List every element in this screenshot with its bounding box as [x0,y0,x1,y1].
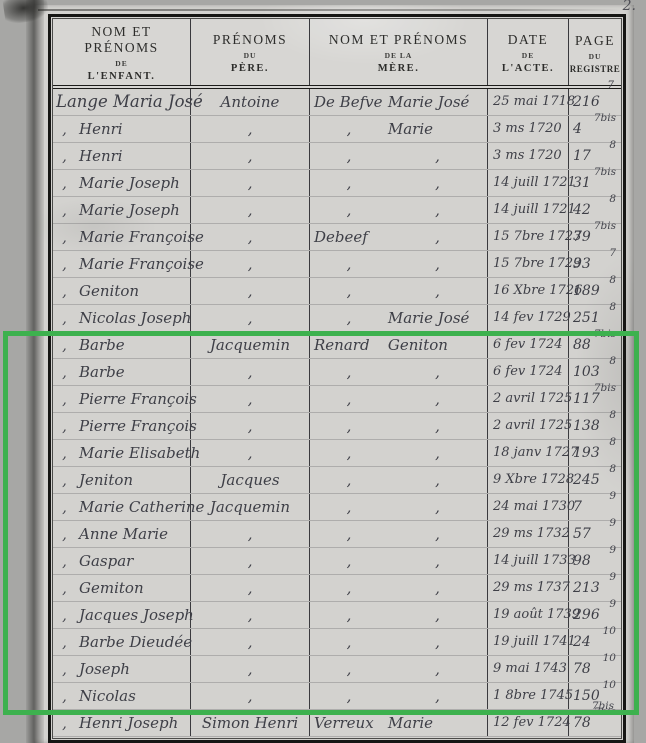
page-number: 193 [573,445,600,461]
father-name: ‚ [248,363,253,381]
mother-surname: Renard [310,332,388,358]
child-name: Marie Catherine [79,498,204,516]
table-row: ‚ Henri ‚ ‚ Marie 3 ms 1720 4 8 [53,116,621,143]
header-line: PRÉNOMS [213,32,287,48]
act-date: 2 avril 1725 [493,391,572,406]
act-date: 9 mai 1743 [493,661,567,676]
father-name: ‚ [248,417,253,435]
mother-forename: Geniton [388,332,487,358]
father-name: ‚ [248,201,253,219]
child-name-cell: ‚ Henri [53,143,191,169]
mother-surname: ‚ [310,629,388,655]
book-binding-shadow [26,0,44,743]
mother-surname: ‚ [310,467,388,493]
register-number-below: 7bis [594,167,616,178]
child-name-cell: ‚ Henri Joseph [53,710,191,736]
mother-forename: ‚ [388,143,487,169]
act-date-cell: 3 ms 1720 [488,143,569,169]
father-name: Jacquemin [210,336,290,354]
mother-name-cell: ‚ ‚ [310,386,488,412]
mother-forename: Marie [388,116,487,142]
act-date: 19 août 1739 [493,607,580,622]
father-name: Jacques [220,471,279,489]
mother-name-cell: ‚ ‚ [310,575,488,601]
mother-forename: ‚ [388,278,487,304]
mother-forename: Marie José [388,89,487,115]
act-date-cell: 12 fev 1724 [488,710,569,736]
ditto-mark: ‚ [62,683,67,709]
ditto-mark: ‚ [62,656,67,682]
child-name: Marie Joseph [79,201,180,219]
mother-surname: ‚ [310,656,388,682]
act-date-cell: 14 juill 1733 [488,548,569,574]
child-name: Jacques Joseph [79,606,194,624]
table-row: ‚ Anne Marie ‚ ‚ ‚ 29 ms 1732 57 9 [53,521,621,548]
child-name-cell: ‚ Marie Joseph [53,197,191,223]
register-number-above: 7bis [592,701,614,712]
father-name-cell: ‚ [191,656,310,682]
child-name-cell: ‚ Gemiton [53,575,191,601]
father-name: ‚ [248,390,253,408]
mother-surname: ‚ [310,170,388,196]
table-row: ‚ Marie Joseph ‚ ‚ ‚ 14 juill 1721 31 8 [53,170,621,197]
child-name-cell: ‚ Barbe [53,332,191,358]
act-date: 6 fev 1724 [493,364,562,379]
mother-forename: ‚ [388,521,487,547]
act-date-cell: 16 Xbre 1726 [488,278,569,304]
ditto-mark: ‚ [62,710,67,736]
mother-forename: ‚ [388,413,487,439]
table-row: ‚ Marie Elisabeth ‚ ‚ ‚ 18 janv 1727 193… [53,440,621,467]
father-name-cell: ‚ [191,224,310,250]
page-number: 7 [573,499,582,515]
father-name: ‚ [248,660,253,678]
father-name: Simon Henri [202,714,298,732]
page-corner-note: 2. [623,0,636,14]
register-number-below: 8 [609,302,616,313]
child-name: Henri [79,120,123,138]
father-name-cell: Simon Henri [191,710,310,736]
page-number: 24 [573,634,591,650]
child-name: Marie Françoise [79,228,204,246]
child-name: Henri Joseph [79,714,178,732]
child-name: Marie Elisabeth [79,444,200,462]
father-name-cell: ‚ [191,305,310,331]
ditto-mark: ‚ [62,494,67,520]
table-header-row: NOM ET PRÉNOMS DE L'ENFANT. PRÉNOMS DU P… [53,19,621,89]
child-name: Pierre François [79,417,197,435]
father-name: Antoine [221,93,280,111]
register-number-below: 7bis [594,113,616,124]
act-date: 29 ms 1737 [493,580,570,595]
mother-name-cell: ‚ ‚ [310,251,488,277]
table-row: ‚ Marie Françoise ‚ Debeef ‚ 15 7bre 172… [53,224,621,251]
page-number: 93 [573,256,591,272]
act-date: 14 fev 1729 [493,310,571,325]
child-name-cell: ‚ Anne Marie [53,521,191,547]
act-date: 29 ms 1732 [493,526,570,541]
child-name: Pierre François [79,390,197,408]
mother-name-cell: Renard Geniton [310,332,488,358]
header-line: NOM ET PRÉNOMS [329,32,468,48]
child-name-cell: ‚ Marie Françoise [53,224,191,250]
child-name-cell: ‚ Nicolas [53,683,191,709]
father-name-cell: ‚ [191,602,310,628]
child-name: Jeniton [79,471,133,489]
act-date-cell: 19 juill 1741 [488,629,569,655]
mother-name-cell: ‚ ‚ [310,683,488,709]
page-number: 245 [573,472,600,488]
column-header-child: NOM ET PRÉNOMS DE L'ENFANT. [53,19,191,85]
table-row: ‚ Barbe Dieudée ‚ ‚ ‚ 19 juill 1741 24 1… [53,629,621,656]
page-number: 57 [573,526,591,542]
mother-forename: Marie José [388,305,487,331]
mother-forename: ‚ [388,575,487,601]
header-line: DU [589,52,602,61]
header-line: DATE [508,32,549,48]
mother-forename: ‚ [388,359,487,385]
table-row: ‚ Pierre François ‚ ‚ ‚ 2 avril 1725 138… [53,413,621,440]
father-name-cell: ‚ [191,629,310,655]
mother-forename: ‚ [388,170,487,196]
father-name: ‚ [248,282,253,300]
page-number: 103 [573,364,600,380]
act-date: 9 Xbre 1728 [493,472,574,487]
page-number: 78 [573,661,591,677]
father-name: ‚ [248,228,253,246]
page-number-cell: 216 7 7bis [569,89,621,115]
ditto-mark: ‚ [62,629,67,655]
header-line: DE [115,59,127,68]
mother-name-cell: ‚ Marie José [310,305,488,331]
act-date-cell: 14 juill 1721 [488,170,569,196]
mother-forename: ‚ [388,494,487,520]
father-name-cell: ‚ [191,683,310,709]
header-line: DE [522,51,534,60]
mother-forename: ‚ [388,440,487,466]
register-number-below: 8 [609,356,616,367]
act-date: 12 fev 1724 [493,715,571,730]
mother-surname: ‚ [310,359,388,385]
page-number: 79 [573,229,591,245]
ditto-mark: ‚ [62,278,67,304]
child-name-cell: ‚ Jacques Joseph [53,602,191,628]
father-name-cell: ‚ [191,116,310,142]
page-top-edge [38,9,622,11]
header-line: PAGE [575,33,615,49]
ditto-mark: ‚ [62,467,67,493]
column-header-mother: NOM ET PRÉNOMS DE LA MÈRE. [310,19,488,85]
mother-surname: ‚ [310,440,388,466]
mother-name-cell: ‚ ‚ [310,359,488,385]
ditto-mark: ‚ [62,386,67,412]
register-number-below: 8 [609,410,616,421]
mother-surname: ‚ [310,494,388,520]
header-line: PÈRE. [231,63,269,74]
mother-surname: ‚ [310,521,388,547]
father-name-cell: Jacques [191,467,310,493]
father-name-cell: ‚ [191,575,310,601]
mother-forename: ‚ [388,656,487,682]
act-date: 3 ms 1720 [493,148,562,163]
act-date-cell: 14 fev 1729 [488,305,569,331]
father-name: ‚ [248,444,253,462]
table-row: ‚ Jacques Joseph ‚ ‚ ‚ 19 août 1739 296 … [53,602,621,629]
ditto-mark: ‚ [62,143,67,169]
ditto-mark: ‚ [62,602,67,628]
mother-name-cell: ‚ ‚ [310,170,488,196]
mother-name-cell: ‚ Marie [310,116,488,142]
ditto-mark: ‚ [62,548,67,574]
register-number-below: 8 [609,464,616,475]
register-number-below: 7bis [594,221,616,232]
act-date: 24 mai 1730 [493,499,575,514]
father-name-cell: ‚ [191,521,310,547]
child-name-cell: ‚ Marie Françoise [53,251,191,277]
mother-surname: ‚ [310,683,388,709]
mother-surname: Verreux [310,710,388,736]
ditto-mark: ‚ [62,197,67,223]
father-name-cell: Antoine [191,89,310,115]
scanned-register-page: 2. NOM ET PRÉNOMS DE L'ENFANT. PRÉNOMS D… [0,0,646,743]
father-name-cell: ‚ [191,548,310,574]
table-row: ‚ Henri ‚ ‚ ‚ 3 ms 1720 17 7bis [53,143,621,170]
mother-name-cell: ‚ ‚ [310,413,488,439]
mother-name-cell: ‚ ‚ [310,278,488,304]
header-line: NOM ET PRÉNOMS [53,24,190,56]
mother-surname: De Befve [310,89,388,115]
ditto-mark: ‚ [62,521,67,547]
child-name: Nicolas Joseph [79,309,191,327]
page-number: 98 [573,553,591,569]
father-name-cell: ‚ [191,197,310,223]
act-date-cell: 9 mai 1743 [488,656,569,682]
act-date: 6 fev 1724 [493,337,562,352]
child-name: Nicolas [79,687,136,705]
mother-forename: ‚ [388,197,487,223]
header-line: L'ENFANT. [88,71,156,82]
page-number: 4 [573,121,582,137]
child-name-cell: ‚ Marie Elisabeth [53,440,191,466]
act-date: 19 juill 1741 [493,634,576,649]
act-date-cell: 6 fev 1724 [488,332,569,358]
act-date-cell: 19 août 1739 [488,602,569,628]
child-name-cell: ‚ Marie Joseph [53,170,191,196]
father-name-cell: ‚ [191,170,310,196]
child-name: Henri [79,147,123,165]
column-header-page: PAGE DU REGISTRE [569,19,621,85]
child-name: Barbe [79,336,125,354]
father-name: ‚ [248,606,253,624]
mother-surname: ‚ [310,251,388,277]
ditto-mark: ‚ [62,440,67,466]
father-name: Jacquemin [210,498,290,516]
father-name: ‚ [248,552,253,570]
father-name: ‚ [248,309,253,327]
table-row: ‚ Gaspar ‚ ‚ ‚ 14 juill 1733 98 9 [53,548,621,575]
header-line: MÈRE. [378,63,420,74]
mother-name-cell: Debeef ‚ [310,224,488,250]
page-number: 78 [573,715,591,731]
table-row: ‚ Geniton ‚ ‚ ‚ 16 Xbre 1726 189 8 [53,278,621,305]
act-date-cell: 15 7bre 1723 [488,224,569,250]
mother-forename: ‚ [388,467,487,493]
table-row: ‚ Jeniton Jacques ‚ ‚ 9 Xbre 1728 245 9 [53,467,621,494]
mother-surname: ‚ [310,116,388,142]
mother-name-cell: ‚ ‚ [310,521,488,547]
mother-surname: ‚ [310,143,388,169]
act-date-cell: 3 ms 1720 [488,116,569,142]
register-number-below: 10 [603,653,616,664]
page-number: 216 [573,94,600,110]
act-date: 14 juill 1721 [493,175,576,190]
child-name-cell: ‚ Jeniton [53,467,191,493]
mother-surname: ‚ [310,413,388,439]
table-row: ‚ Nicolas ‚ ‚ ‚ 1 8bre 1745 150 7bis [53,683,621,710]
table-body: Lange Maria José Antoine De Befve Marie … [53,89,621,737]
register-number-below: 9 [609,518,616,529]
ditto-mark: ‚ [62,170,67,196]
register-number-below: 8 [609,194,616,205]
act-date-cell: 15 7bre 1723 [488,251,569,277]
register-number-below: 9 [609,599,616,610]
father-name-cell: ‚ [191,143,310,169]
child-name: Marie Françoise [79,255,204,273]
mother-forename: ‚ [388,602,487,628]
act-date-cell: 9 Xbre 1728 [488,467,569,493]
child-name-cell: ‚ Gaspar [53,548,191,574]
act-date: 2 avril 1725 [493,418,572,433]
table-row: ‚ Barbe ‚ ‚ ‚ 6 fev 1724 103 7bis [53,359,621,386]
page-number: 42 [573,202,591,218]
act-date: 18 janv 1727 [493,445,578,460]
table-row: ‚ Pierre François ‚ ‚ ‚ 2 avril 1725 117… [53,386,621,413]
mother-surname: ‚ [310,386,388,412]
father-name-cell: ‚ [191,251,310,277]
father-name-cell: ‚ [191,386,310,412]
page-number: 31 [573,175,591,191]
page-number: 138 [573,418,600,434]
mother-surname: ‚ [310,602,388,628]
mother-name-cell: ‚ ‚ [310,467,488,493]
header-line: DE LA [385,51,413,60]
child-name: Barbe [79,363,125,381]
ditto-mark: ‚ [62,413,67,439]
act-date: 14 juill 1733 [493,553,576,568]
act-date-cell: 25 mai 1718 [488,89,569,115]
mother-name-cell: ‚ ‚ [310,494,488,520]
register-number-below: 10 [603,626,616,637]
ditto-mark: ‚ [62,575,67,601]
child-name-cell: ‚ Marie Catherine [53,494,191,520]
register-number-below: 9 [609,572,616,583]
child-name: Barbe Dieudée [79,633,192,651]
mother-surname: ‚ [310,548,388,574]
page-number: 88 [573,337,591,353]
father-name-cell: Jacquemin [191,494,310,520]
register-number-below: 8 [609,437,616,448]
mother-forename: ‚ [388,251,487,277]
mother-forename: ‚ [388,683,487,709]
child-name-cell: ‚ Pierre François [53,386,191,412]
act-date-cell: 29 ms 1737 [488,575,569,601]
ditto-mark: ‚ [62,332,67,358]
mother-name-cell: Verreux Marie [310,710,488,736]
header-line: L'ACTE. [502,63,554,74]
mother-name-cell: ‚ ‚ [310,548,488,574]
father-name-cell: Jacquemin [191,332,310,358]
header-line: REGISTRE [570,64,621,74]
act-date-cell: 18 janv 1727 [488,440,569,466]
mother-name-cell: ‚ ‚ [310,197,488,223]
act-date-cell: 2 avril 1725 [488,413,569,439]
child-name-cell: ‚ Joseph [53,656,191,682]
act-date: 3 ms 1720 [493,121,562,136]
father-name: ‚ [248,120,253,138]
table-row: ‚ Marie Joseph ‚ ‚ ‚ 14 juill 1721 42 7b… [53,197,621,224]
father-name: ‚ [248,633,253,651]
mother-name-cell: ‚ ‚ [310,656,488,682]
header-line: DU [244,51,257,60]
mother-name-cell: ‚ ‚ [310,143,488,169]
column-header-date: DATE DE L'ACTE. [488,19,569,85]
table-row: Lange Maria José Antoine De Befve Marie … [53,89,621,116]
child-name: Lange Maria José [56,92,203,111]
page-number: 251 [573,310,600,326]
table-row: ‚ Nicolas Joseph ‚ ‚ Marie José 14 fev 1… [53,305,621,332]
child-name: Marie Joseph [79,174,180,192]
act-date-cell: 2 avril 1725 [488,386,569,412]
register-number-below: 9 [609,491,616,502]
ditto-mark: ‚ [62,116,67,142]
register-number-below: 10 [603,680,616,691]
page-number: 189 [573,283,600,299]
ditto-mark: ‚ [62,305,67,331]
table-row: ‚ Barbe Jacquemin Renard Geniton 6 fev 1… [53,332,621,359]
act-date-cell: 14 juill 1721 [488,197,569,223]
child-name: Joseph [79,660,130,678]
child-name-cell: ‚ Henri [53,116,191,142]
mother-surname: Debeef [310,224,388,250]
act-date: 1 8bre 1745 [493,688,573,703]
father-name-cell: ‚ [191,359,310,385]
register-number-below: 8 [609,275,616,286]
child-name: Anne Marie [79,525,168,543]
act-date-cell: 6 fev 1724 [488,359,569,385]
act-date-cell: 29 ms 1732 [488,521,569,547]
column-header-father: PRÉNOMS DU PÈRE. [191,19,310,85]
mother-surname: ‚ [310,278,388,304]
child-name-cell: ‚ Barbe Dieudée [53,629,191,655]
page-number: 296 [573,607,600,623]
table-row: ‚ Marie Catherine Jacquemin ‚ ‚ 24 mai 1… [53,494,621,521]
mother-name-cell: De Befve Marie José [310,89,488,115]
mother-forename: ‚ [388,548,487,574]
ditto-mark: ‚ [62,251,67,277]
child-name-cell: ‚ Pierre François [53,413,191,439]
child-name-cell: ‚ Nicolas Joseph [53,305,191,331]
mother-forename: ‚ [388,224,487,250]
page-number: 17 [573,148,591,164]
mother-forename: ‚ [388,386,487,412]
mother-name-cell: ‚ ‚ [310,440,488,466]
register-number-below: 7bis [594,329,616,340]
register-number-below: 7 [609,248,616,259]
father-name: ‚ [248,687,253,705]
father-name-cell: ‚ [191,278,310,304]
mother-forename: ‚ [388,629,487,655]
register-table-inner: NOM ET PRÉNOMS DE L'ENFANT. PRÉNOMS DU P… [52,18,622,739]
